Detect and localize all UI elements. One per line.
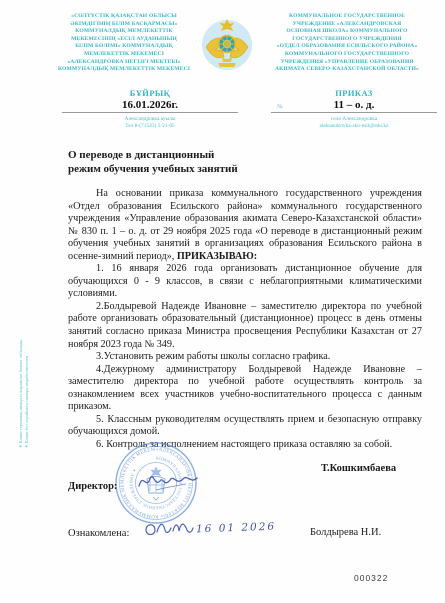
director-signature	[136, 470, 200, 494]
org-name-russian: КОММУНАЛЬНОЕ ГОСУДАРСТВЕННОЕ УЧРЕЖДЕНИЕ …	[254, 13, 440, 74]
acknowledged-name: Болдырева Н.И.	[310, 527, 381, 538]
letterhead: «СОЛТҮСТІК ҚАЗАҚСТАН ОБЛЫСЫ ӘКІМДІГІНІҢ …	[48, 13, 439, 79]
org-name-kazakh: «СОЛТҮСТІК ҚАЗАҚСТАН ОБЛЫСЫ ӘКІМДІГІНІҢ …	[48, 13, 200, 74]
handwritten-date: 16 01 2026	[196, 521, 276, 536]
order-meta: БҰЙРЫҚ 16.01.2026г. Александровка ауылы …	[62, 88, 437, 129]
order-date-row: 16.01.2026г.	[62, 99, 238, 113]
kazakhstan-coat-of-arms-icon	[200, 13, 254, 79]
acknowledged-label: Ознакомлена:	[68, 528, 129, 539]
order-label-kk: БҰЙРЫҚ	[62, 88, 238, 98]
acknowledged-signature	[142, 518, 194, 540]
order-item-4: 4.Дежурному администратору Болдыревой На…	[68, 364, 422, 414]
order-item-5: 5. Классным руководителям осуществлять п…	[68, 414, 422, 439]
order-meta-kazakh: БҰЙРЫҚ 16.01.2026г. Александровка ауылы …	[62, 88, 238, 129]
order-label-ru: ПРИКАЗ	[271, 88, 437, 98]
form-serial-number: 000322	[354, 573, 388, 583]
order-item-1: 1. 16 января 2026 года организовать дист…	[68, 263, 422, 301]
scanned-order-page: ✳ Бланк сериялық нөмірсіз жарамсыз болып…	[0, 0, 445, 603]
order-date: 16.01.2026г.	[122, 99, 178, 111]
order-number: 11 – о. д.	[334, 99, 375, 111]
director-label: Директор:	[68, 481, 117, 492]
order-meta-russian: ПРИКАЗ № 11 – о. д. село Александровка a…	[271, 88, 437, 129]
document-title: О переводе в дистанционный режим обучени…	[68, 149, 288, 176]
order-place-phone: Александровка ауылы Тел 8-(71543) 5-21-0…	[62, 116, 238, 129]
prikazyvayu-word: ПРИКАЗЫВАЮ:	[177, 251, 257, 262]
order-place-email: село Александровка aleksandrovka-sko-esi…	[271, 116, 437, 129]
intro-paragraph: На основании приказа коммунального госуд…	[68, 188, 422, 263]
order-number-row: № 11 – о. д.	[271, 99, 437, 113]
document-body: На основании приказа коммунального госуд…	[68, 188, 422, 451]
number-sign: №	[277, 104, 283, 110]
order-item-3: 3.Установить режим работы школы согласно…	[68, 351, 422, 364]
margin-serial-note: ✳ Бланк сериялық нөмірсіз жарамсыз болып…	[18, 248, 30, 448]
order-item-2: 2.Болдыревой Надежде Ивановне – заместит…	[68, 301, 422, 351]
director-name: Т.Кошкимбаева	[321, 463, 396, 474]
